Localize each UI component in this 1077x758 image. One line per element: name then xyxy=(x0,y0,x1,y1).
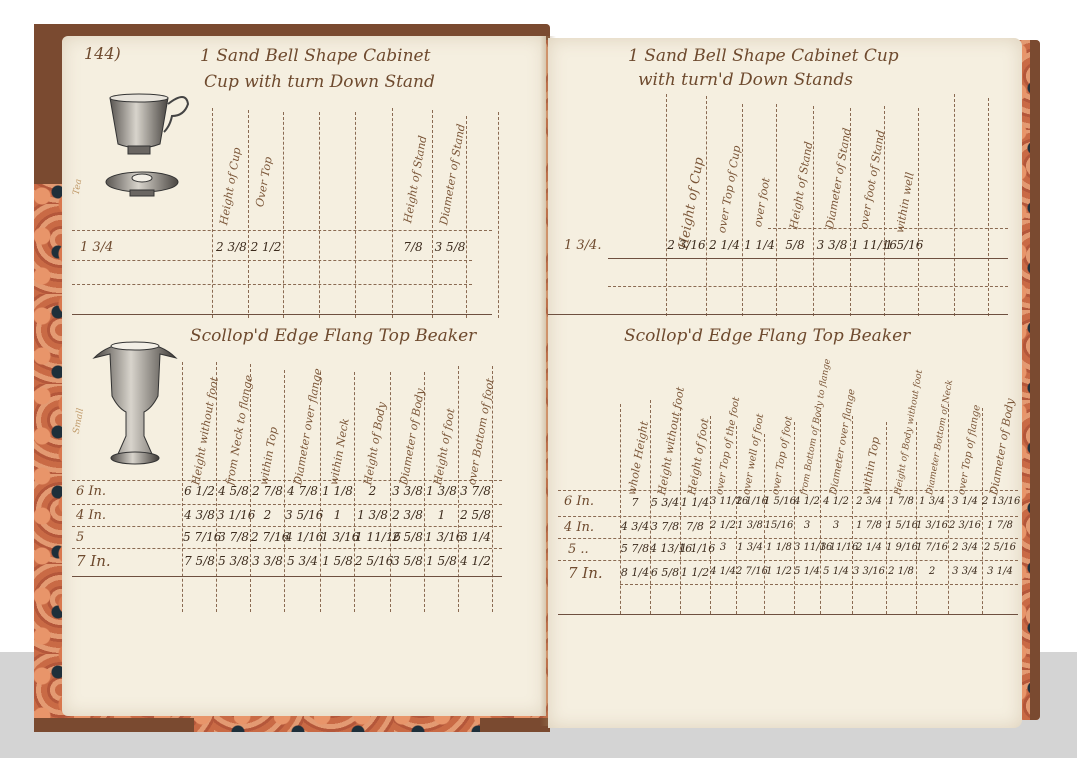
table-cell: 2 13/16 xyxy=(982,496,1018,507)
column-header: Height of Body without foot xyxy=(892,369,926,496)
column-header: Height without foot xyxy=(656,386,687,496)
grid-line xyxy=(72,284,472,285)
section1-title-line2: with turn'd Down Stands xyxy=(638,70,853,90)
column-header: within Top xyxy=(860,436,882,496)
grid-line xyxy=(283,112,284,318)
column-header: from Bottom of Body to flange xyxy=(798,358,834,496)
row-label: 5 xyxy=(76,530,84,545)
table-cell: 3 11/16 xyxy=(710,496,736,507)
cup-and-stand-illustration xyxy=(98,86,198,206)
table-cell: 4 1/2 xyxy=(459,554,492,568)
table-cell: 1 5/8 xyxy=(321,554,354,568)
table-cell: 1 1/4 xyxy=(680,496,710,509)
grid-line xyxy=(954,94,955,316)
table-cell: 3 5/8 xyxy=(391,554,424,568)
left-page: 144) 1 Sand Bell Shape Cabinet Cup with … xyxy=(62,36,546,716)
table-cell: 2 xyxy=(251,508,284,522)
table-cell: 3 xyxy=(710,542,736,553)
table-cell: 3 1/16 xyxy=(217,508,250,522)
row-label: 4 In. xyxy=(76,508,106,523)
grid-line xyxy=(608,258,1008,259)
grid-line xyxy=(355,112,356,318)
table-cell: 3 3/4 xyxy=(948,566,982,577)
table-cell: 3 3/8 xyxy=(814,238,850,252)
grid-line xyxy=(706,96,707,316)
table-cell: 1 5/16 xyxy=(764,496,794,507)
grid-line xyxy=(666,94,667,316)
grid-line xyxy=(776,104,777,316)
grid-line xyxy=(72,576,502,577)
grid-line xyxy=(768,228,1008,229)
table-cell: 4 1/16 xyxy=(285,530,320,544)
table-cell: 3 1/4 xyxy=(982,566,1018,577)
table-cell: 1 7/8 xyxy=(886,496,916,507)
column-header: Height of foot xyxy=(686,418,711,496)
table-cell: 6 1/2 xyxy=(183,484,216,498)
row-label: 6 In. xyxy=(76,484,106,499)
row-label: 7 In. xyxy=(76,552,111,570)
row-label: 1 3/4 xyxy=(80,240,113,255)
grid-line xyxy=(432,110,433,318)
column-header: Height of Cup xyxy=(678,157,706,250)
table-cell: 2 7/16 xyxy=(736,566,764,577)
table-cell: 3 5/16 xyxy=(285,508,320,522)
table-cell: 1 1/16 xyxy=(680,542,710,555)
table-cell: 2 3/16 xyxy=(948,520,982,531)
leather-corner xyxy=(34,24,62,184)
table-cell: 3 3/8 xyxy=(251,554,284,568)
table-cell: 1 3/4 xyxy=(916,496,948,507)
table-cell: 2 3/8 xyxy=(216,240,246,254)
grid-line xyxy=(72,314,492,315)
grid-line xyxy=(558,560,1018,561)
section1-title-line1: 1 Sand Bell Shape Cabinet xyxy=(200,46,430,66)
table-cell: 5 7/8 xyxy=(620,542,650,555)
column-header: Height of Stand xyxy=(788,141,815,230)
table-cell: 1 1/2 xyxy=(764,566,794,577)
table-cell: 2 xyxy=(355,484,390,498)
column-header: Diameter of Body xyxy=(398,388,427,486)
table-cell: 2 1/8 xyxy=(886,566,916,577)
grid-line xyxy=(72,230,492,231)
table-cell: 7/8 xyxy=(396,240,430,254)
table-cell: 4 1/2 xyxy=(820,496,852,507)
table-cell: 2 xyxy=(916,566,948,577)
table-cell: 1 3/4 xyxy=(736,542,764,553)
leather-binding-right xyxy=(1030,40,1040,720)
table-cell: 3 1/4 xyxy=(948,496,982,507)
table-cell: 3 11/16 xyxy=(820,542,852,553)
table-cell: 1 11/16 xyxy=(851,238,884,252)
leather-binding-bottom xyxy=(34,718,194,732)
table-cell: 1 5/16 xyxy=(885,238,918,252)
grid-line xyxy=(886,422,887,614)
table-cell: 2 3/8 xyxy=(391,508,424,522)
column-header: over Top of foot xyxy=(770,415,796,496)
column-header: Height of foot xyxy=(432,408,457,486)
table-cell: 3 xyxy=(820,520,852,531)
grid-line xyxy=(794,422,795,614)
section1-title-line2: Cup with turn Down Stand xyxy=(204,72,435,92)
grid-line xyxy=(72,526,502,527)
table-cell: 2 3/4 xyxy=(948,542,982,553)
table-cell: 6 5/8 xyxy=(650,566,680,579)
table-cell: 2 3/16 xyxy=(667,238,706,252)
grid-line xyxy=(72,548,502,549)
grid-line xyxy=(392,108,393,318)
table-cell: 4 1/4 xyxy=(710,566,736,577)
table-cell: 2 7/8 xyxy=(251,484,284,498)
table-cell: 7 5/8 xyxy=(183,554,216,568)
column-header: over Top of Cup xyxy=(716,145,743,234)
table-cell: 1 5/8 xyxy=(425,554,458,568)
table-cell: 3 3/8 xyxy=(391,484,424,498)
column-header: Diameter of Body xyxy=(988,398,1017,496)
table-cell: 1 9/16 xyxy=(886,542,916,553)
table-cell: 3 5/8 xyxy=(434,240,466,254)
grid-line xyxy=(212,108,213,318)
grid-line xyxy=(918,108,919,316)
grid-line xyxy=(319,112,320,318)
section2-title: Scollop'd Edge Flang Top Beaker xyxy=(190,326,476,346)
table-cell: 2 1/16 xyxy=(736,496,764,507)
table-cell: 5 3/4 xyxy=(285,554,320,568)
column-header: within Neck xyxy=(328,417,352,486)
table-cell: 5 3/4 xyxy=(650,496,680,509)
row-label: 6 In. xyxy=(564,494,594,509)
table-cell: 2 1/2 xyxy=(250,240,282,254)
grid-line xyxy=(608,286,1008,287)
table-cell: 1 3/16 xyxy=(916,520,948,531)
table-cell: 1 3/8 xyxy=(355,508,390,522)
grid-line xyxy=(548,314,1008,315)
column-header: Over Top xyxy=(254,156,275,208)
grid-line xyxy=(558,516,1018,517)
table-cell: 3 xyxy=(794,520,820,531)
column-header: within well xyxy=(894,171,916,234)
grid-line xyxy=(248,110,249,318)
table-cell: 1 1/2 xyxy=(680,566,710,579)
table-cell: 2 1/4 xyxy=(852,542,886,553)
table-cell: 1 1/8 xyxy=(764,542,794,553)
table-cell: 15/16 xyxy=(764,520,794,531)
grid-line xyxy=(466,116,467,318)
column-header: within Top xyxy=(258,426,280,486)
table-cell: 1 7/8 xyxy=(982,520,1018,531)
table-cell: 1 3/8 xyxy=(425,484,458,498)
table-cell: 3 1/4 xyxy=(459,530,492,544)
grid-line xyxy=(558,614,1018,615)
column-header: over Top of flange xyxy=(956,404,984,496)
section2-title: Scollop'd Edge Flang Top Beaker xyxy=(624,326,910,346)
table-cell: 7/8 xyxy=(680,520,710,533)
grid-line xyxy=(948,404,949,614)
table-cell: 3 7/8 xyxy=(459,484,492,498)
table-cell: 1 5/16 xyxy=(886,520,916,531)
table-cell: 1 3/16 xyxy=(425,530,458,544)
table-cell: 4 13/16 xyxy=(650,542,680,555)
table-cell: 2 7/16 xyxy=(251,530,284,544)
table-cell: 2 3/4 xyxy=(852,496,886,507)
column-header: over Top of the foot xyxy=(714,396,743,496)
grid-line xyxy=(988,98,989,316)
grid-line xyxy=(72,504,502,505)
table-cell: 1 1/8 xyxy=(321,484,354,498)
table-cell: 4 1/2 xyxy=(794,496,820,507)
table-cell: 5/8 xyxy=(777,238,813,252)
table-cell: 3 3/16 xyxy=(852,566,886,577)
margin-note: Tea xyxy=(72,178,85,195)
column-header: Height of Body xyxy=(362,401,388,486)
table-cell: 1 3/16 xyxy=(321,530,354,544)
column-header: Diameter over flange xyxy=(828,388,858,496)
table-cell: 7 xyxy=(620,496,650,509)
grid-line xyxy=(916,422,917,614)
column-header: Height of Cup xyxy=(218,147,243,226)
column-header: over foot of Stand xyxy=(858,129,887,230)
table-cell: 2 5/8 xyxy=(459,508,492,522)
table-cell: 2 5/16 xyxy=(355,554,390,568)
margin-note: Small xyxy=(72,407,86,434)
row-label: 7 In. xyxy=(568,564,603,582)
table-cell: 2 5/16 xyxy=(982,542,1018,553)
table-cell: 1 7/8 xyxy=(852,520,886,531)
table-cell: 5 1/4 xyxy=(820,566,852,577)
row-label: 4 In. xyxy=(564,520,594,535)
table-cell: 4 3/8 xyxy=(183,508,216,522)
section1-title-line1: 1 Sand Bell Shape Cabinet Cup xyxy=(628,46,899,66)
grid-line xyxy=(620,584,1018,585)
table-cell: 5 1/4 xyxy=(794,566,820,577)
right-page: 1 Sand Bell Shape Cabinet Cup with turn'… xyxy=(548,38,1022,728)
row-label: 1 3/4. xyxy=(564,238,601,253)
table-cell: 5 3/8 xyxy=(217,554,250,568)
table-cell: 5 7/16 xyxy=(183,530,216,544)
grid-line xyxy=(72,260,472,261)
table-cell: 1 1/4 xyxy=(743,238,776,252)
column-header: Diameter of Stand xyxy=(438,123,468,226)
row-label: 5 .. xyxy=(568,542,589,557)
column-header: Height of Stand xyxy=(402,135,429,224)
grid-line xyxy=(558,538,1018,539)
table-cell: 3 7/8 xyxy=(217,530,250,544)
table-cell: 1 xyxy=(321,508,354,522)
table-cell: 4 5/8 xyxy=(217,484,250,498)
grid-line xyxy=(742,104,743,316)
grid-line xyxy=(498,112,499,318)
table-cell: 3 11/16 xyxy=(794,542,820,553)
table-cell: 8 1/4 xyxy=(620,566,650,579)
column-header: over foot xyxy=(752,177,772,228)
column-header: Diameter Bottom of Neck xyxy=(924,379,956,496)
table-cell: 2 1/4 xyxy=(707,238,742,252)
grid-line xyxy=(620,404,621,614)
grid-line xyxy=(813,106,814,316)
table-cell: 2 1/2 xyxy=(710,520,736,531)
table-cell: 1 11/16 xyxy=(355,530,390,544)
column-header: whole Height xyxy=(626,420,651,496)
table-cell: 4 7/8 xyxy=(285,484,320,498)
table-cell: 3 7/8 xyxy=(650,520,680,533)
page-number: 144) xyxy=(84,44,121,63)
table-cell: 1 7/16 xyxy=(916,542,948,553)
table-cell: 1 3/8 xyxy=(736,520,764,531)
table-cell: 2 5/8 xyxy=(391,530,424,544)
beaker-illustration xyxy=(90,336,180,466)
table-cell: 1 xyxy=(425,508,458,522)
table-cell: 4 3/4 xyxy=(620,520,650,533)
